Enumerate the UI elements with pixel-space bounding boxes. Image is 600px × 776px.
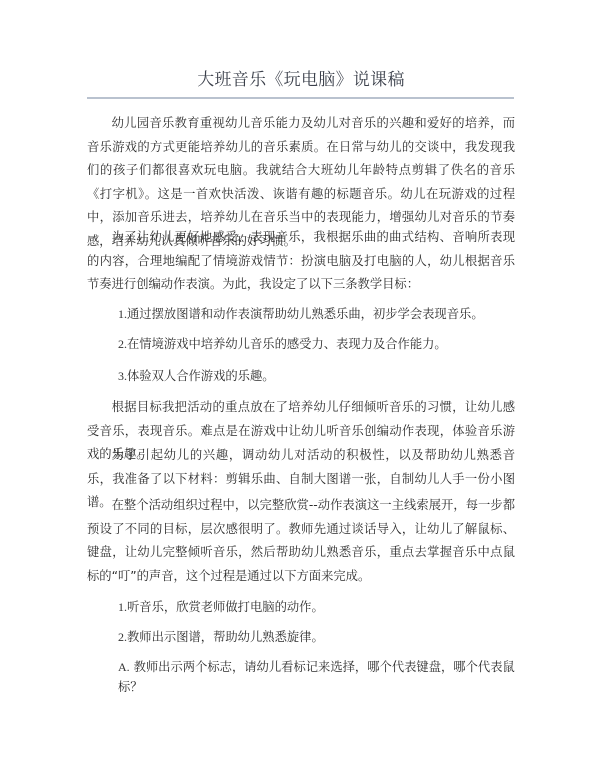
paragraph-goals-intro: 为了让幼儿更好地感受、表现音乐，我根据乐曲的曲式结构、音响所表现的内容，合理地编… [87, 226, 515, 297]
document-page: 大班音乐《玩电脑》说课稿 幼儿园音乐教育重视幼儿音乐能力及幼儿对音乐的兴趣和爱好… [0, 0, 600, 776]
step-text: 听音乐，欣赏老师做打电脑的动作。 [127, 600, 324, 614]
goal-text: 通过摆放图谱和动作表演帮助幼儿熟悉乐曲，初步学会表现音乐。 [127, 307, 484, 321]
step-item-a: A. 教师出示两个标志，请幼儿看标记来选择，哪个代表键盘，哪个代表鼠标？ [118, 657, 518, 697]
goal-text: 体验双人合作游戏的乐趣。 [127, 369, 275, 383]
goal-item-3: 3.体验双人合作游戏的乐趣。 [118, 366, 518, 386]
goal-number: 1. [118, 307, 127, 321]
step-letter: A. [118, 660, 130, 674]
goal-item-2: 2.在情境游戏中培养幼儿音乐的感受力、表现力及合作能力。 [118, 334, 518, 354]
title-divider [87, 97, 514, 99]
paragraph-process: 在整个活动组织过程中，以完整欣赏--动作表演这一主线索展开，每一步都预设了不同的… [87, 494, 515, 588]
goal-number: 2. [118, 337, 127, 351]
step-item-1: 1.听音乐，欣赏老师做打电脑的动作。 [118, 597, 518, 617]
goal-item-1: 1.通过摆放图谱和动作表演帮助幼儿熟悉乐曲，初步学会表现音乐。 [118, 304, 518, 324]
step-number: 2. [118, 630, 127, 644]
document-title: 大班音乐《玩电脑》说课稿 [86, 68, 516, 92]
goal-text: 在情境游戏中培养幼儿音乐的感受力、表现力及合作能力。 [127, 337, 447, 351]
goal-number: 3. [118, 369, 127, 383]
step-item-2: 2.教师出示图谱，帮助幼儿熟悉旋律。 [118, 627, 518, 647]
step-text: 教师出示图谱，帮助幼儿熟悉旋律。 [127, 630, 324, 644]
step-number: 1. [118, 600, 127, 614]
step-text: 教师出示两个标志，请幼儿看标记来选择，哪个代表键盘，哪个代表鼠标？ [118, 660, 515, 694]
